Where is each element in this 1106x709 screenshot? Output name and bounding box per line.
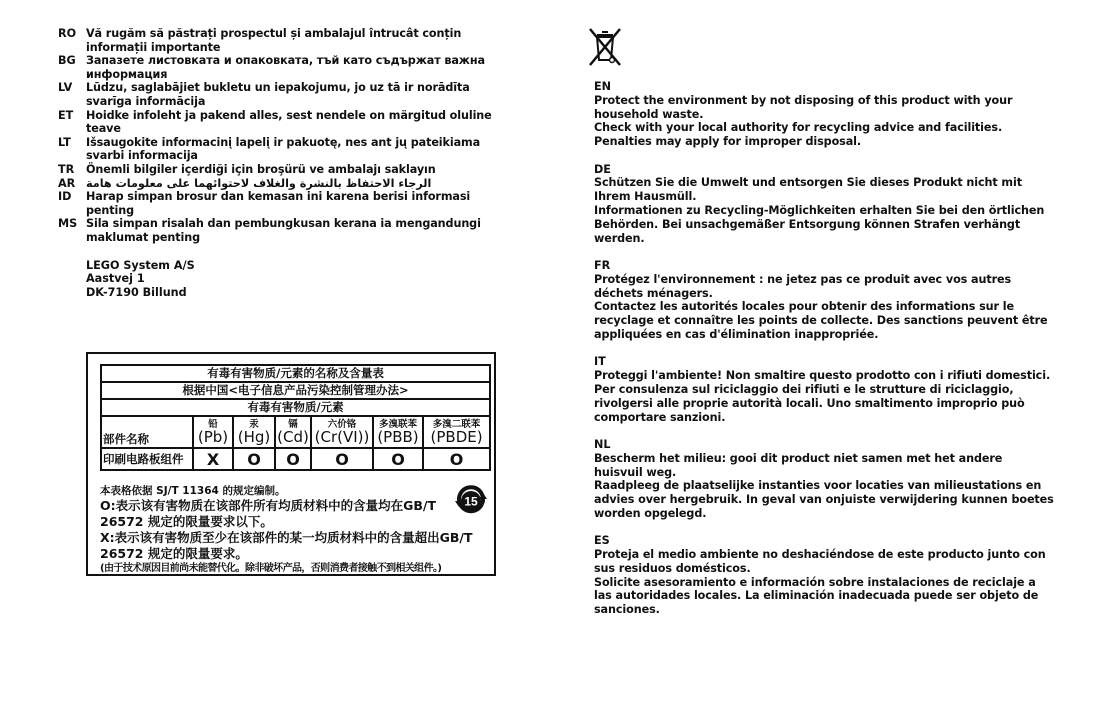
language-text: Lūdzu, saglabājiet bukletu un iepakojumu… bbox=[86, 81, 518, 108]
substance-header: 镉(Cd) bbox=[275, 416, 311, 448]
language-code: AR bbox=[58, 177, 86, 191]
substance-mark: X bbox=[193, 448, 233, 470]
disposal-block-nl: NLBescherm het milieu: gooi dit product … bbox=[594, 438, 1054, 521]
multilingual-keep-notice: ROVă rugăm să păstrați prospectul și amb… bbox=[58, 27, 518, 299]
company-address: LEGO System A/S Aastvej 1 DK-7190 Billun… bbox=[86, 259, 518, 300]
language-code: FR bbox=[594, 259, 1054, 273]
part-name: 印刷电路板组件 bbox=[101, 448, 193, 470]
disposal-block-es: ESProteja el medio ambiente no deshacién… bbox=[594, 534, 1054, 617]
substance-mark: O bbox=[423, 448, 490, 470]
language-code: ET bbox=[58, 109, 86, 136]
language-code: RO bbox=[58, 27, 86, 54]
disposal-paragraph: Schützen Sie die Umwelt und entsorgen Si… bbox=[594, 176, 1054, 204]
substance-symbol: (Cr(VI)) bbox=[312, 430, 372, 445]
address-line-company: LEGO System A/S bbox=[86, 259, 518, 273]
disposal-block-it: ITProteggi l'ambiente! Non smaltire ques… bbox=[594, 355, 1054, 424]
substance-header: 六价铬(Cr(VI)) bbox=[311, 416, 373, 448]
svg-text:15: 15 bbox=[464, 495, 478, 509]
language-entry-ar: ARالرجاء الاحتفاظ بالنشرة والغلاف لاحتوا… bbox=[58, 177, 518, 191]
note-technical-reason: (由于技术原因目前尚未能替代化。除非破坏产品，否则消费者接触不到相关组件。) bbox=[100, 562, 492, 576]
language-text: Запазете листовката и опаковката, тъй ка… bbox=[86, 54, 518, 81]
substance-symbol: (PBB) bbox=[374, 430, 422, 445]
disposal-paragraph: Protect the environment by not disposing… bbox=[594, 94, 1054, 122]
language-entry-ms: MSSila simpan risalah dan pembungkusan k… bbox=[58, 217, 518, 244]
language-text: Harap simpan brosur dan kemasan ini kare… bbox=[86, 190, 518, 217]
language-code: NL bbox=[594, 438, 1054, 452]
table-subtitle: 根据中国<电子信息产品污染控制管理办法> bbox=[101, 382, 490, 399]
efup-15-year-icon: 15 bbox=[454, 484, 488, 518]
language-text: Önemli bilgiler içerdiği için broşürü ve… bbox=[86, 163, 518, 177]
language-code: EN bbox=[594, 80, 1054, 94]
disposal-paragraph: Informationen zu Recycling-Möglichkeiten… bbox=[594, 204, 1054, 245]
disposal-paragraph: Proteggi l'ambiente! Non smaltire questo… bbox=[594, 369, 1054, 424]
disposal-paragraph: Protégez l'environnement : ne jetez pas … bbox=[594, 273, 1054, 301]
disposal-paragraph: Solicite asesoramiento e información sob… bbox=[594, 576, 1054, 617]
substance-header: 多溴二联苯(PBDE) bbox=[423, 416, 490, 448]
part-name-header: 部件名称 bbox=[101, 416, 193, 448]
note-x-meaning-cont: 26572 规定的限量要求。 bbox=[100, 546, 492, 562]
substance-header: 多溴联苯(PBB) bbox=[373, 416, 423, 448]
language-code: DE bbox=[594, 163, 1054, 177]
language-entry-lv: LVLūdzu, saglabājiet bukletu un iepakoju… bbox=[58, 81, 518, 108]
language-code: MS bbox=[58, 217, 86, 244]
table-title: 有毒有害物质/元素的名称及含量表 bbox=[101, 365, 490, 382]
disposal-paragraph: Bescherm het milieu: gooi dit product ni… bbox=[594, 452, 1054, 480]
language-text: Hoidke infoleht ja pakend alles, sest ne… bbox=[86, 109, 518, 136]
language-code: ES bbox=[594, 534, 1054, 548]
substance-symbol: (PBDE) bbox=[424, 430, 489, 445]
language-code: LV bbox=[58, 81, 86, 108]
language-code: ID bbox=[58, 190, 86, 217]
china-rohs-declaration: 有毒有害物质/元素的名称及含量表 根据中国<电子信息产品污染控制管理办法> 有毒… bbox=[86, 352, 496, 576]
substance-mark: O bbox=[233, 448, 275, 470]
hazardous-substance-table: 有毒有害物质/元素的名称及含量表 根据中国<电子信息产品污染控制管理办法> 有毒… bbox=[100, 364, 491, 471]
substance-header-row: 部件名称 铅(Pb)汞(Hg)镉(Cd)六价铬(Cr(VI))多溴联苯(PBB)… bbox=[101, 416, 490, 448]
substance-header: 汞(Hg) bbox=[233, 416, 275, 448]
disposal-block-fr: FRProtégez l'environnement : ne jetez pa… bbox=[594, 259, 1054, 342]
language-code: IT bbox=[594, 355, 1054, 369]
language-code: TR bbox=[58, 163, 86, 177]
language-entry-tr: TRÖnemli bilgiler içerdiği için broşürü … bbox=[58, 163, 518, 177]
substance-mark: O bbox=[373, 448, 423, 470]
weee-disposal-notice: ENProtect the environment by not disposi… bbox=[594, 80, 1054, 631]
language-list: ROVă rugăm să păstrați prospectul și amb… bbox=[58, 27, 518, 245]
note-standard: 本表格依据 SJ/T 11364 的规定编制。 bbox=[100, 484, 492, 498]
language-entry-ro: ROVă rugăm să păstrați prospectul și amb… bbox=[58, 27, 518, 54]
note-o-meaning: O:表示该有害物质在该部件所有均质材料中的含量均在GB/T bbox=[100, 498, 492, 514]
table-group-header: 有毒有害物质/元素 bbox=[101, 399, 490, 416]
language-code: LT bbox=[58, 136, 86, 163]
language-entry-lt: LTIšsaugokite informacinį lapelį ir paku… bbox=[58, 136, 518, 163]
substance-mark: O bbox=[311, 448, 373, 470]
language-entry-id: IDHarap simpan brosur dan kemasan ini ka… bbox=[58, 190, 518, 217]
language-code: BG bbox=[58, 54, 86, 81]
note-o-meaning-cont: 26572 规定的限量要求以下。 bbox=[100, 514, 492, 530]
language-text: Sila simpan risalah dan pembungkusan ker… bbox=[86, 217, 518, 244]
address-line-city: DK-7190 Billund bbox=[86, 286, 518, 300]
language-text: Išsaugokite informacinį lapelį ir pakuot… bbox=[86, 136, 518, 163]
disposal-paragraph: Proteja el medio ambiente no deshaciéndo… bbox=[594, 548, 1054, 576]
crossed-out-wheelie-bin-icon bbox=[588, 27, 622, 67]
substance-symbol: (Hg) bbox=[234, 430, 274, 445]
substance-mark: O bbox=[275, 448, 311, 470]
disposal-paragraph: Raadpleeg de plaatselijke instanties voo… bbox=[594, 479, 1054, 520]
substance-header: 铅(Pb) bbox=[193, 416, 233, 448]
disposal-block-en: ENProtect the environment by not disposi… bbox=[594, 80, 1054, 149]
language-text: Vă rugăm să păstrați prospectul și ambal… bbox=[86, 27, 518, 54]
language-text: الرجاء الاحتفاظ بالنشرة والغلاف لاحتوائه… bbox=[86, 177, 518, 191]
language-entry-et: ETHoidke infoleht ja pakend alles, sest … bbox=[58, 109, 518, 136]
disposal-paragraph: Check with your local authority for recy… bbox=[594, 121, 1054, 149]
substance-symbol: (Pb) bbox=[194, 430, 232, 445]
disposal-block-de: DESchützen Sie die Umwelt und entsorgen … bbox=[594, 163, 1054, 246]
table-row: 印刷电路板组件XOOOOO bbox=[101, 448, 490, 470]
rohs-notes: 本表格依据 SJ/T 11364 的规定编制。 O:表示该有害物质在该部件所有均… bbox=[100, 484, 492, 576]
address-line-street: Aastvej 1 bbox=[86, 272, 518, 286]
note-x-meaning: X:表示该有害物质至少在该部件的某一均质材料中的含量超出GB/T bbox=[100, 530, 492, 546]
substance-symbol: (Cd) bbox=[276, 430, 310, 445]
disposal-paragraph: Contactez les autorités locales pour obt… bbox=[594, 300, 1054, 341]
language-entry-bg: BGЗапазете листовката и опаковката, тъй … bbox=[58, 54, 518, 81]
